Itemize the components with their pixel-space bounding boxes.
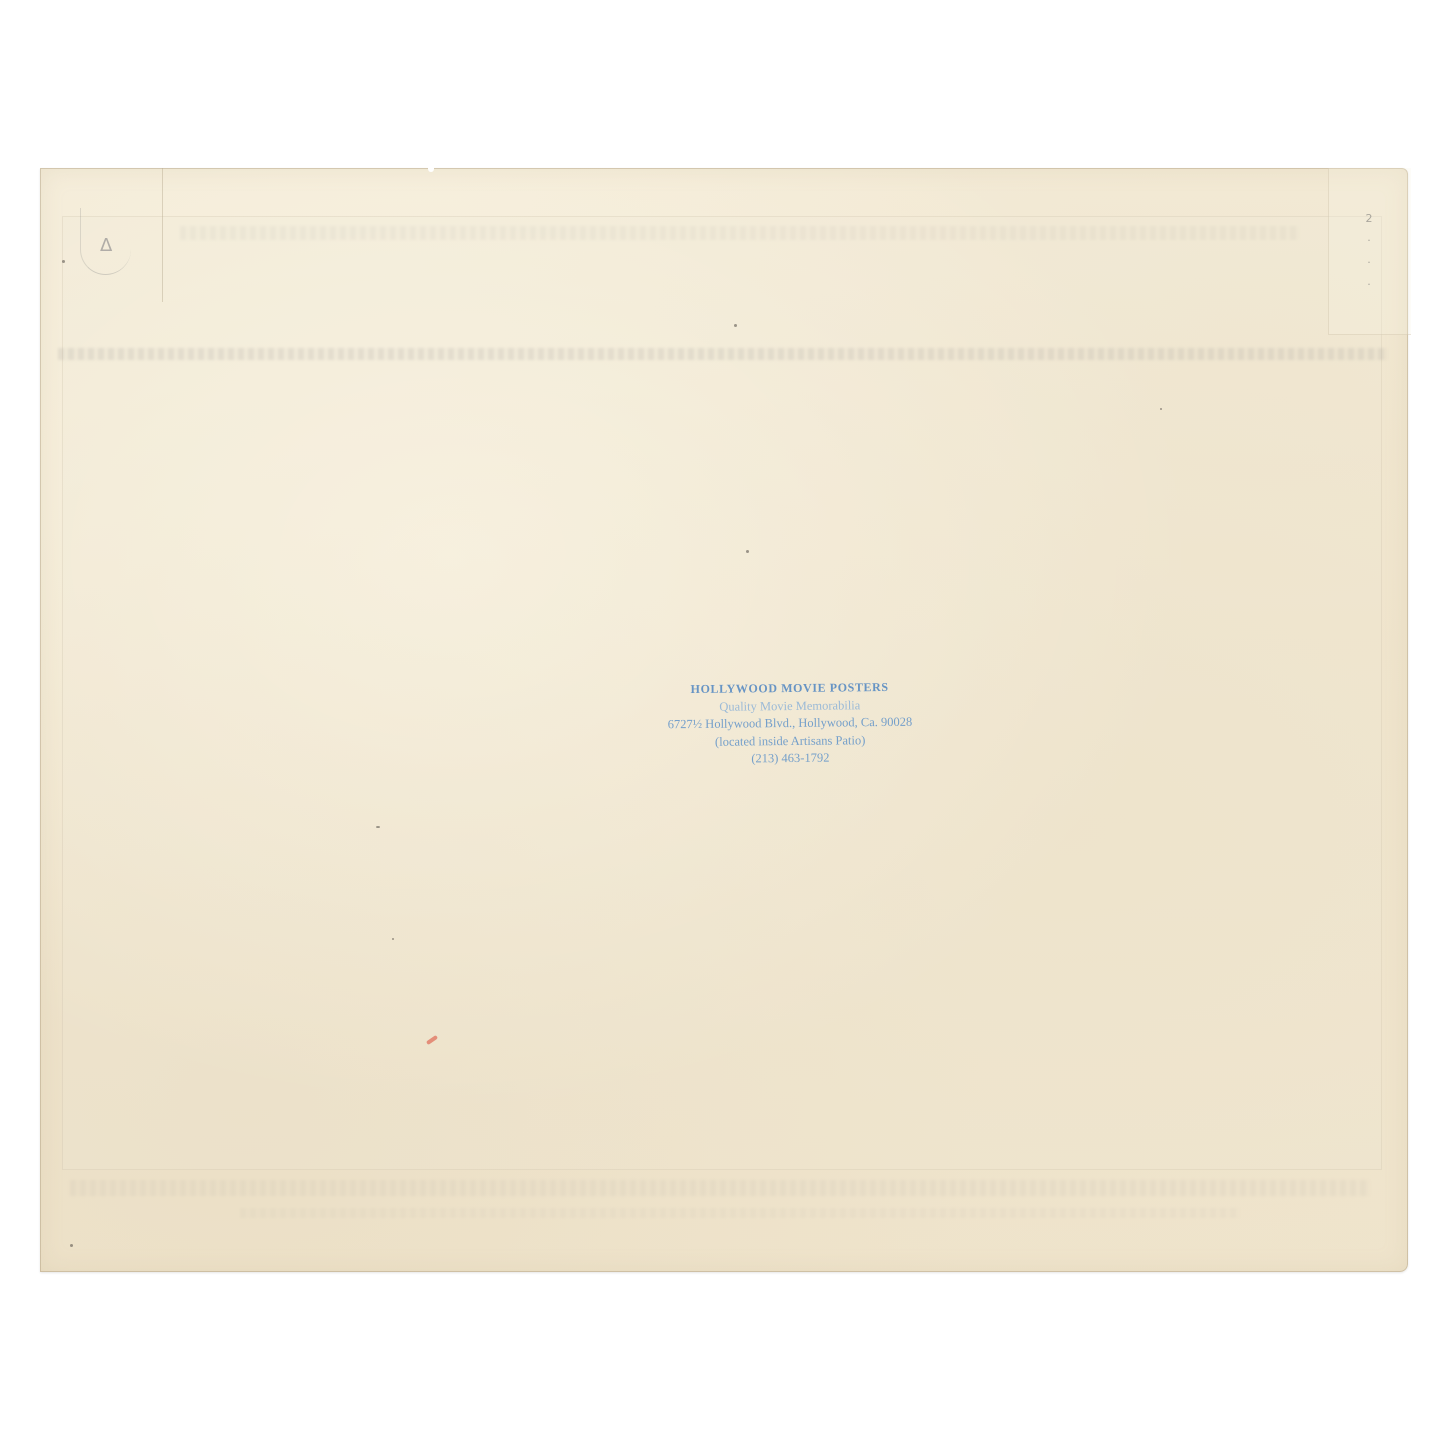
dust-speck xyxy=(62,260,65,263)
paper-tear xyxy=(428,167,434,172)
bleed-through-text-bottom xyxy=(70,1180,1370,1196)
dust-speck xyxy=(1160,408,1162,410)
dust-speck xyxy=(734,324,737,327)
pencil-mark: · xyxy=(1362,252,1376,274)
pencil-mark: · xyxy=(1362,230,1376,252)
dust-speck xyxy=(746,550,749,553)
bleed-through-text-top xyxy=(180,226,1300,240)
dust-speck xyxy=(376,826,380,828)
pencil-mark: · xyxy=(1362,274,1376,296)
dust-speck xyxy=(392,938,394,940)
lobby-card-back: Δ 2 · · · HOLLYWOOD MOVIE POSTERS Qualit… xyxy=(40,168,1408,1272)
dust-speck xyxy=(70,1244,73,1247)
panel-crease-left xyxy=(162,168,163,302)
bleed-through-text-band xyxy=(58,348,1388,360)
pencil-marks-right: 2 · · · xyxy=(1362,208,1376,296)
bleed-through-text-bottom-2 xyxy=(240,1208,1240,1218)
pencil-mark: 2 xyxy=(1362,208,1376,230)
pencil-triangle-mark: Δ xyxy=(100,236,128,256)
dealer-stamp: HOLLYWOOD MOVIE POSTERS Quality Movie Me… xyxy=(610,678,971,769)
